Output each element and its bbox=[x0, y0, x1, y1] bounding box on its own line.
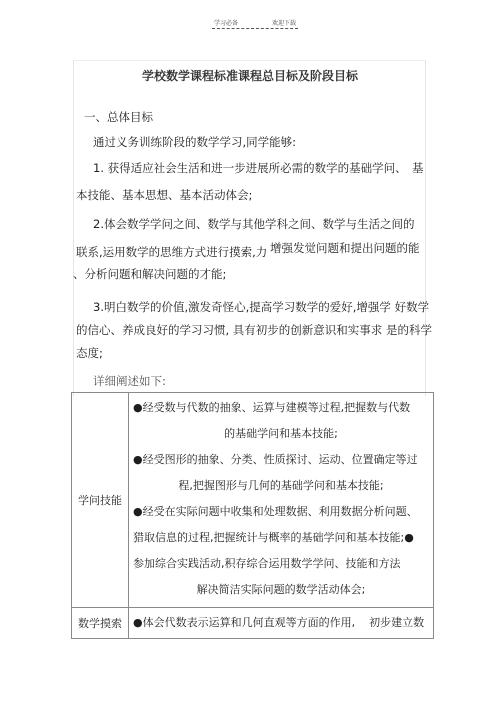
row-content: ●经受数与代数的抽象、运算与建模等过程,把握数与代数 的基础学问和基本技能; ●… bbox=[129, 393, 434, 608]
content-line: 程,把握图形与几何的基础学问和基本技能; bbox=[129, 473, 433, 499]
goal3-line2: 的信心、养成良好的学习习惯, 具有初步的创新意识和实事求 是的科学 bbox=[76, 323, 432, 337]
document-title: 学校数学课程标准课程总目标及阶段目标 bbox=[0, 69, 500, 83]
table-row: 学问技能 ●经受数与代数的抽象、运算与建模等过程,把握数与代数 的基础学问和基本… bbox=[72, 393, 434, 608]
details-intro: 详细阐述如下: bbox=[93, 374, 166, 388]
page-header: 学习必备 欢迎下载 bbox=[212, 16, 298, 29]
content-line: ●经受在实际问题中收集和处理数据、利用数据分析问题、 bbox=[129, 499, 433, 525]
section-heading: 一、总体目标 bbox=[84, 110, 153, 124]
content-line: 的基础学问和基本技能; bbox=[129, 421, 433, 447]
header-right-text: 欢迎下载 bbox=[272, 18, 296, 27]
goal1-line1: 1. 获得适应社会生活和进一步进展所必需的数学的基础学问、 bbox=[93, 161, 407, 175]
row-label: 数学摸索 bbox=[72, 608, 129, 639]
goal1-line2: 本技能、基本思想、基本活动体会; bbox=[76, 188, 252, 202]
goal2-line2a: 联系,运用数学的思维方式进行摸索,力 bbox=[76, 245, 267, 259]
content-line: ●体会代数表示运算和几何直观等方面的作用, 初步建立数 bbox=[129, 608, 433, 638]
goal2-line3: 、分析问题和解决问题的才能; bbox=[73, 267, 226, 281]
intro-paragraph: 通过义务训练阶段的数学学习,同学能够: bbox=[93, 135, 296, 149]
row-content: ●体会代数表示运算和几何直观等方面的作用, 初步建立数 bbox=[129, 608, 434, 639]
goal2-line1: 2.体会数学学问之间、数学与其他学科之间、数学与生活之间的 bbox=[93, 217, 414, 231]
row-label: 学问技能 bbox=[72, 393, 129, 608]
goal3-line1: 3.明白数学的价值,激发奇怪心,提高学习数学的爱好,增强学 好数学 bbox=[93, 300, 429, 314]
content-line: ●经受图形的抽象、分类、性质探讨、运动、位置确定等过 bbox=[129, 447, 433, 473]
content-line: ●经受数与代数的抽象、运算与建模等过程,把握数与代数 bbox=[129, 395, 433, 421]
table-row: 数学摸索 ●体会代数表示运算和几何直观等方面的作用, 初步建立数 bbox=[72, 608, 434, 639]
header-left-text: 学习必备 bbox=[214, 18, 238, 27]
goal1-line1-tail: 基 bbox=[412, 161, 424, 175]
content-line: 参加综合实践活动,积存综合运用数学学问、技能和方法 bbox=[129, 551, 433, 577]
goal3-line3: 态度; bbox=[76, 346, 103, 360]
goal2-line2b: 增强发觉问题和提出问题的能 bbox=[270, 241, 420, 255]
content-line: 解决简洁实际问题的数学活动体会; bbox=[129, 577, 433, 603]
content-line: 猎取信息的过程,把握统计与概率的基础学问和基本技能;● bbox=[129, 525, 433, 551]
goals-table: 学问技能 ●经受数与代数的抽象、运算与建模等过程,把握数与代数 的基础学问和基本… bbox=[71, 392, 434, 639]
